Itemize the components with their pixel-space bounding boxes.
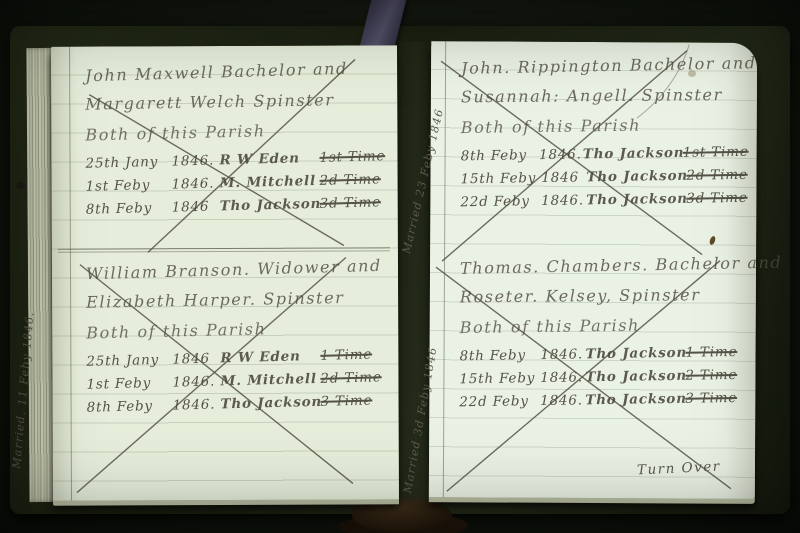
banns-year: 1846. xyxy=(172,396,220,413)
bride-name-line: Susannah: Angell. Spinster xyxy=(461,85,749,107)
banns-date: 1st Feby xyxy=(86,375,172,393)
banns-time-struck: 3 Time xyxy=(685,390,747,407)
left-page: John Maxwell Bachelor and Margarett Welc… xyxy=(51,45,399,501)
banns-time-struck: 1 Time xyxy=(685,344,747,361)
banns-row: 15th Feby 1846 Tho Jackson 2d Time xyxy=(460,167,748,188)
banns-date: 1st Feby xyxy=(85,177,171,195)
banns-row: 15th Feby 1846. Tho Jackson 2 Time xyxy=(459,367,747,388)
banns-entry-maxwell-welch: John Maxwell Bachelor and Margarett Welc… xyxy=(85,61,388,221)
groom-name-line: Thomas. Chambers. Bachelor and xyxy=(460,253,748,278)
banns-time-struck: 3 Time xyxy=(320,392,386,410)
groom-name-line: William Branson. Widower and xyxy=(86,256,388,284)
parish-line: Both of this Parish xyxy=(460,314,748,337)
banns-row: 22d Feby 1846. Tho Jackson 3 Time xyxy=(459,390,747,411)
minister-signature: R W Eden xyxy=(219,150,319,169)
parish-line: Both of this Parish xyxy=(85,118,387,144)
tassel-page-marker xyxy=(352,498,452,532)
minister-signature: M. Mitchell xyxy=(219,173,319,192)
minister-signature: M. Mitchell xyxy=(220,371,320,390)
banns-year: 1846 xyxy=(541,169,586,186)
banns-row: 25th Jany 1846. R W Eden 1st Time xyxy=(85,148,387,172)
banns-time-struck: 2d Time xyxy=(686,167,748,184)
right-page: John. Rippington Bachelor and Susannah: … xyxy=(429,41,757,499)
banns-date: 15th Feby xyxy=(460,170,541,187)
banns-row: 25th Jany 1846 R W Eden 1 Time xyxy=(86,346,388,370)
banns-year: 1846. xyxy=(172,373,220,390)
banns-row: 8th Feby 1846. Tho Jackson 1 Time xyxy=(459,344,747,365)
minister-signature: Tho Jackson xyxy=(586,191,686,209)
banns-row: 1st Feby 1846. M. Mitchell 2d Time xyxy=(86,369,388,393)
banns-entry-branson-harper: William Branson. Widower and Elizabeth H… xyxy=(86,259,389,419)
banns-time-struck: 2 Time xyxy=(685,367,747,384)
turn-over-note: Turn Over xyxy=(637,458,721,478)
banns-time-struck: 1 Time xyxy=(320,346,386,364)
banns-row: 8th Feby 1846. Tho Jackson 3 Time xyxy=(86,392,388,416)
banns-entry-rippington-angell: John. Rippington Bachelor and Susannah: … xyxy=(460,55,749,216)
banns-year: 1846. xyxy=(540,392,585,409)
banns-time-struck: 2d Time xyxy=(319,171,385,189)
entry-divider-rule xyxy=(58,247,390,249)
banns-time-struck: 1st Time xyxy=(319,148,385,166)
banns-year: 1846. xyxy=(541,192,586,209)
bride-name-line: Elizabeth Harper. Spinster xyxy=(86,287,388,312)
minister-signature: Tho Jackson xyxy=(586,168,686,186)
minister-signature: Tho Jackson xyxy=(585,391,685,409)
groom-name-line: John. Rippington Bachelor and xyxy=(461,53,749,78)
margin-rule-line xyxy=(69,47,72,501)
bride-name-line: Roseter. Kelsey, Spinster xyxy=(460,285,748,307)
bride-name-line: Margarett Welch Spinster xyxy=(85,89,387,114)
banns-year: 1846. xyxy=(540,346,585,363)
banns-year: 1846 xyxy=(172,198,220,215)
minister-signature: Tho Jackson xyxy=(583,145,683,163)
parish-line: Both of this Parish xyxy=(461,114,749,137)
banns-date: 25th Jany xyxy=(85,154,171,172)
banns-date: 8th Feby xyxy=(459,347,540,364)
banns-date: 25th Jany xyxy=(86,352,172,370)
banns-row: 1st Feby 1846. M. Mitchell 2d Time xyxy=(85,171,387,195)
minister-signature: R W Eden xyxy=(220,348,320,367)
banns-year: 1846. xyxy=(171,152,219,169)
groom-name-line: John Maxwell Bachelor and xyxy=(85,58,387,86)
banns-row: 8th Feby 1846. Tho Jackson 1st Time xyxy=(460,144,748,165)
banns-time-struck: 3d Time xyxy=(319,194,385,212)
banns-date: 8th Feby xyxy=(460,147,539,164)
banns-date: 15th Feby xyxy=(459,370,540,387)
minister-signature: Tho Jackson xyxy=(585,368,685,386)
banns-time-struck: 3d Time xyxy=(686,190,748,207)
minister-signature: Tho Jackson xyxy=(585,345,685,363)
banns-date: 22d Feby xyxy=(459,393,540,410)
photograph-of-banns-register: John Maxwell Bachelor and Margarett Welc… xyxy=(0,0,800,533)
banns-year: 1846 xyxy=(172,350,220,367)
banns-date: 8th Feby xyxy=(86,200,172,218)
ink-blot xyxy=(688,70,696,77)
banns-year: 1846. xyxy=(171,175,219,192)
banns-year: 1846. xyxy=(539,146,583,163)
banns-date: 8th Feby xyxy=(86,398,172,416)
banns-date: 22d Feby xyxy=(460,193,541,210)
banns-time-struck: 1st Time xyxy=(683,144,749,161)
banns-entry-chambers-kelsey: Thomas. Chambers. Bachelor and Roseter. … xyxy=(459,255,748,416)
minister-signature: Tho Jackson xyxy=(220,394,320,413)
banns-row: 22d Feby 1846. Tho Jackson 3d Time xyxy=(460,190,748,211)
ink-blot xyxy=(16,182,25,189)
banns-time-struck: 2d Time xyxy=(320,369,386,387)
banns-row: 8th Feby 1846 Tho Jackson 3d Time xyxy=(86,194,388,218)
parish-line: Both of this Parish xyxy=(86,316,388,342)
minister-signature: Tho Jackson xyxy=(220,196,320,215)
banns-year: 1846. xyxy=(540,369,585,386)
